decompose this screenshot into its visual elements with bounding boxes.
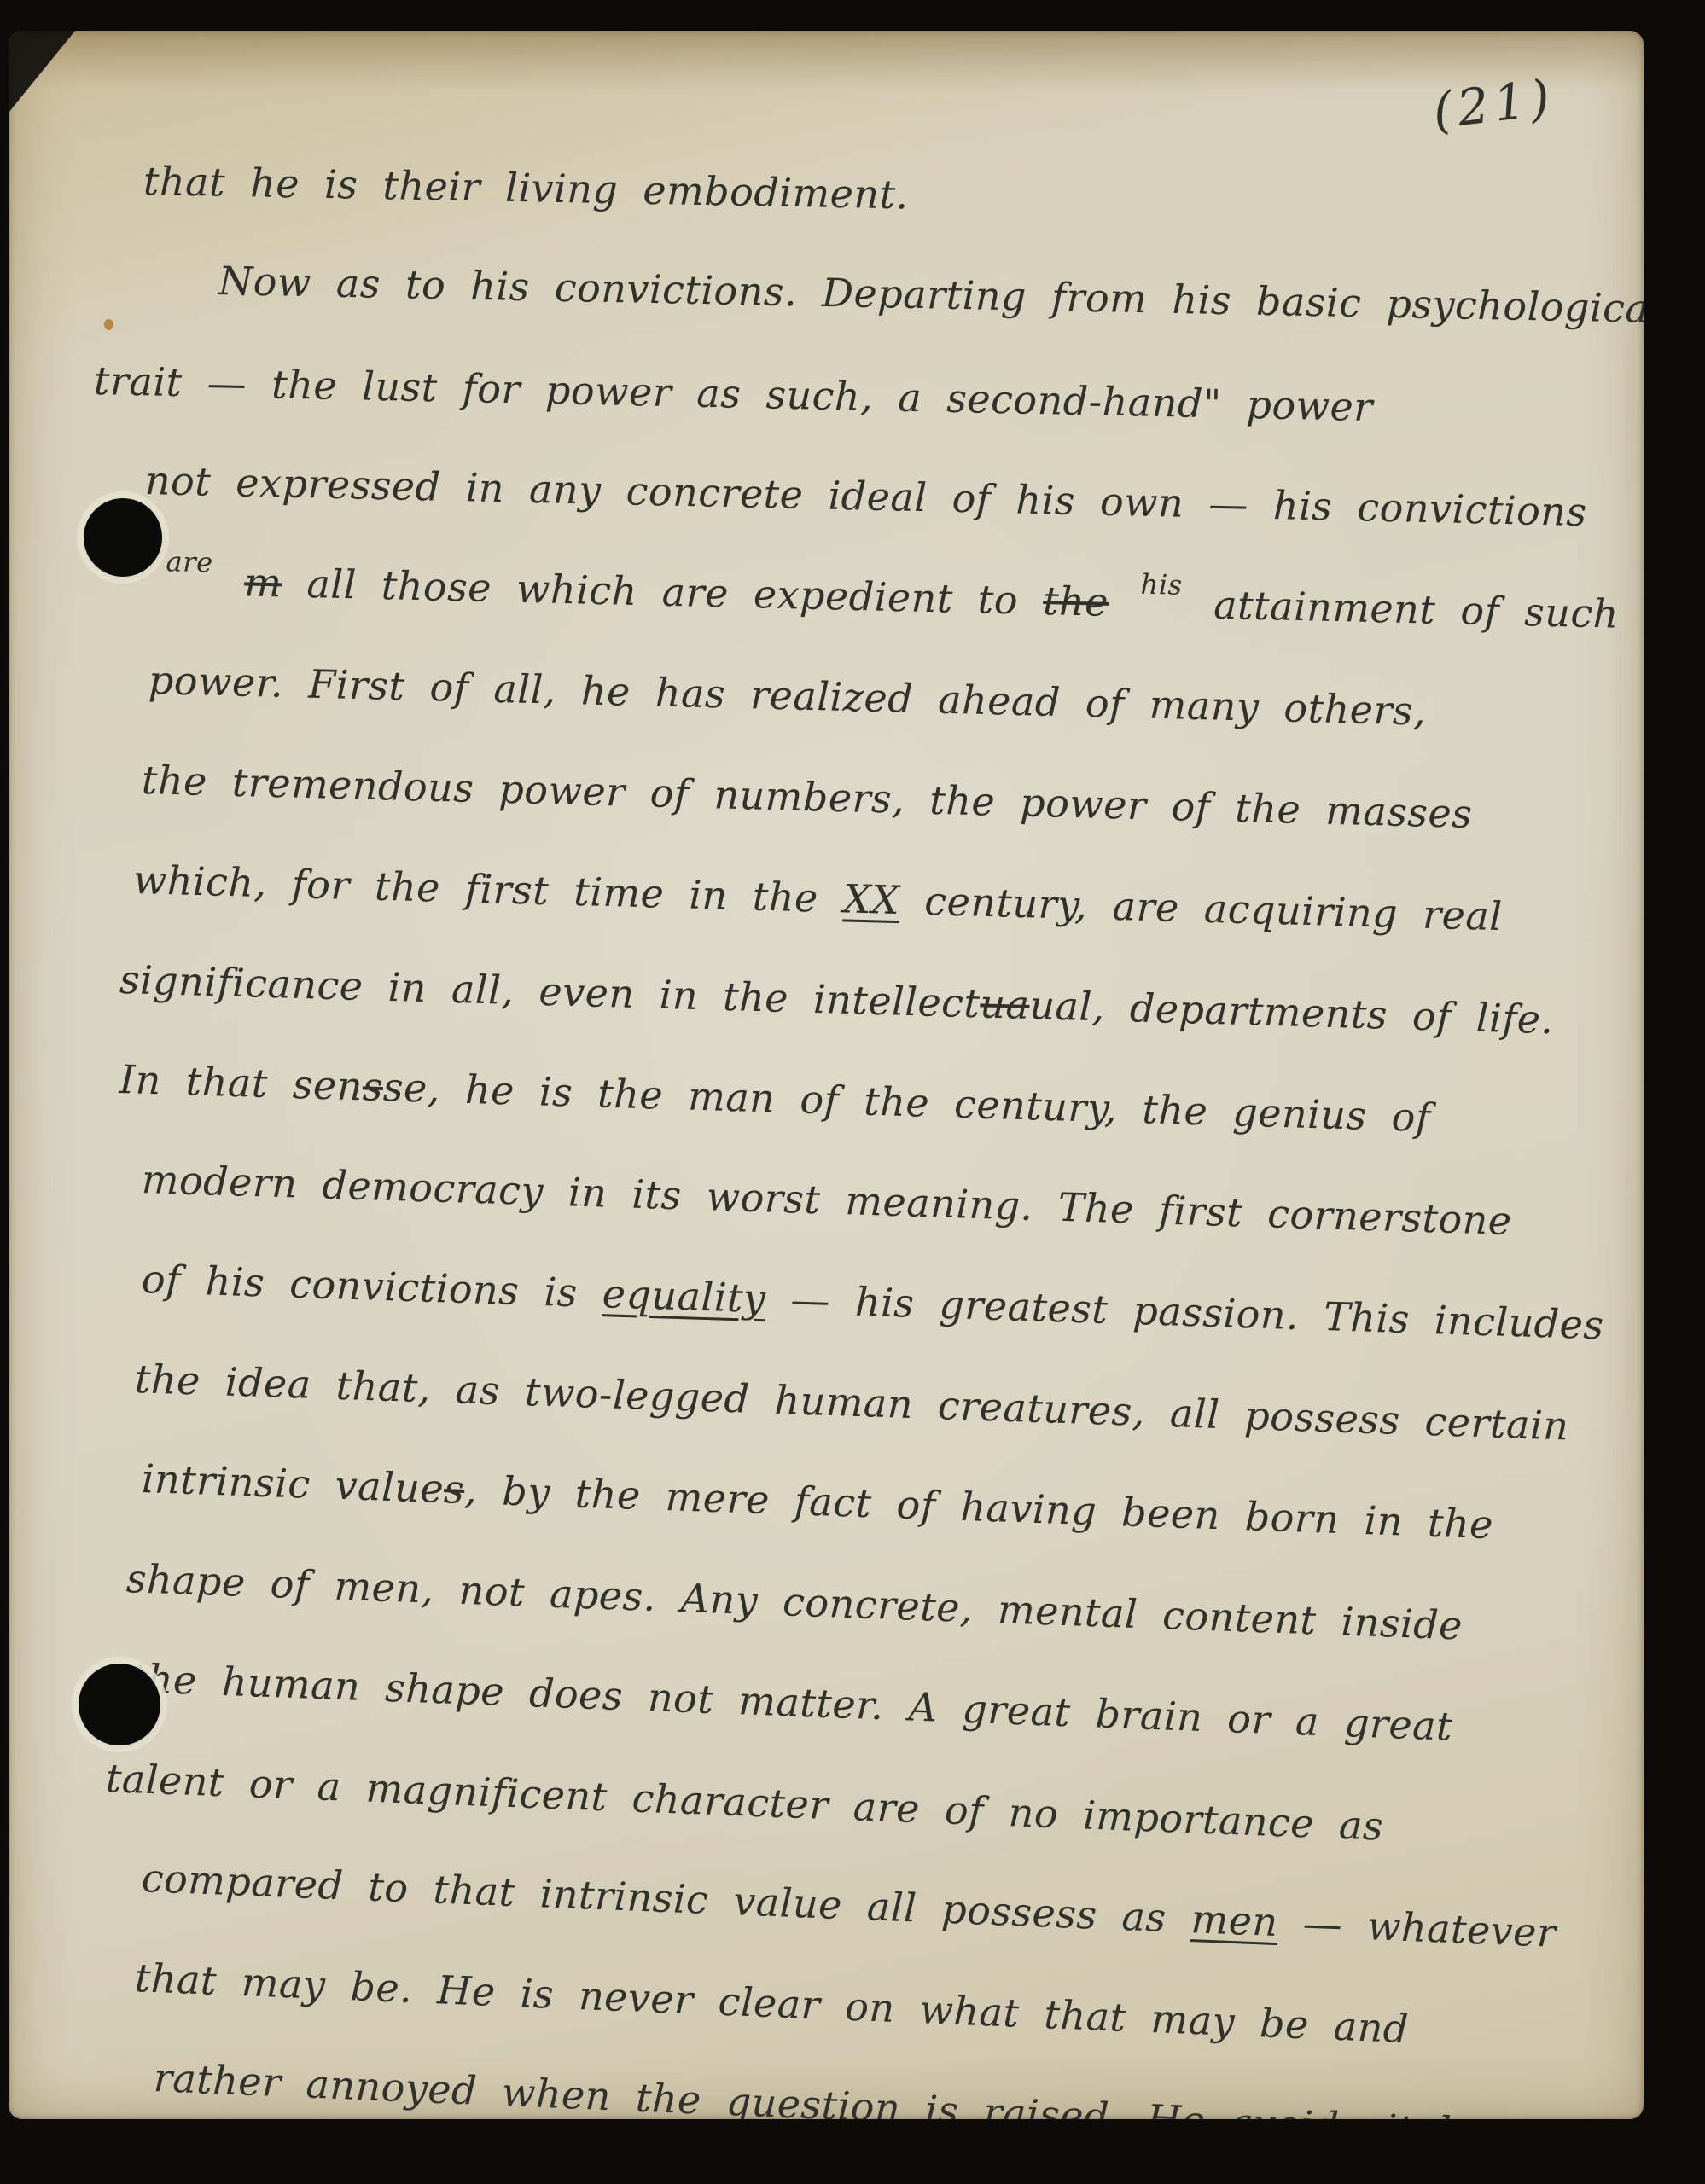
hole-punch-top	[84, 498, 162, 577]
manuscript-page: (21) that he is their living embodiment.…	[9, 31, 1644, 2119]
paper-edge-shading	[9, 31, 1644, 90]
manuscript-text: that he is their living embodiment.Now a…	[137, 131, 1609, 2119]
paper-stain	[104, 319, 113, 330]
manuscript-photo: (21) that he is their living embodiment.…	[0, 0, 1705, 2184]
hole-punch-bottom	[79, 1664, 160, 1745]
paper-corner-tear	[9, 31, 75, 113]
